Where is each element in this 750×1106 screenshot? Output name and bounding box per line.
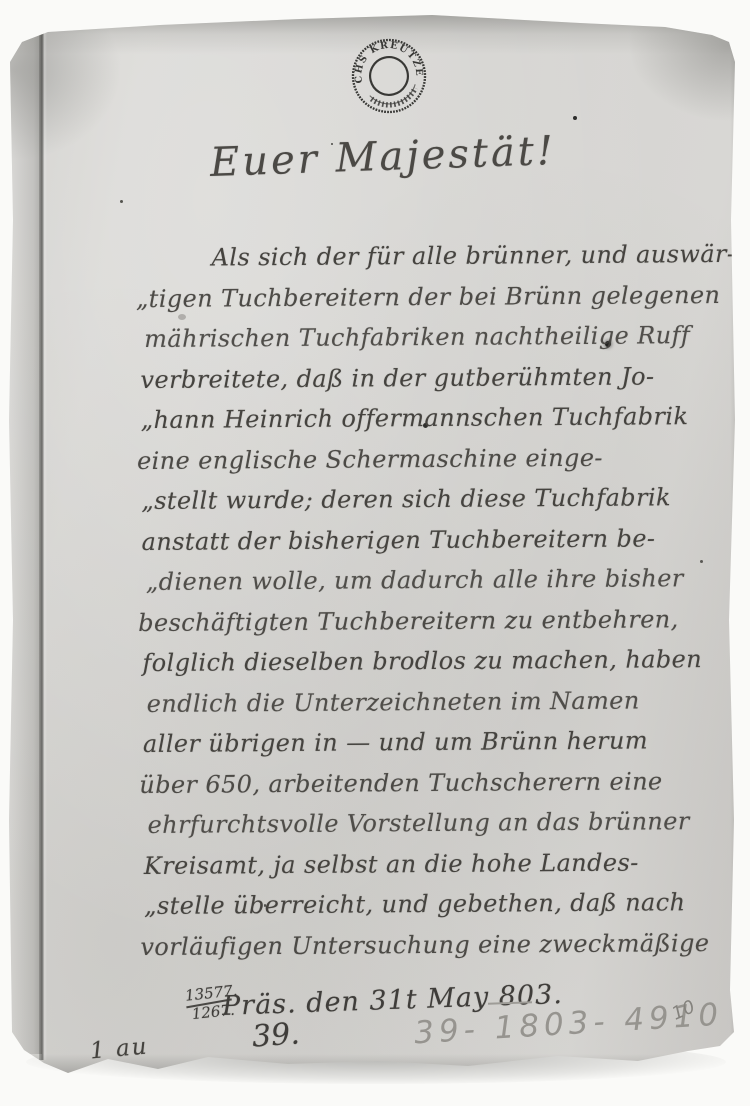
handwritten-line: „stelle überreicht, und gebethen, daß na… [144, 882, 724, 927]
handwritten-line: ehrfurchtsvolle Vorstellung an das brünn… [147, 801, 723, 846]
handwritten-line: „tigen Tuchbereitern der bei Brünn geleg… [136, 274, 720, 319]
handwritten-line: folglich dieselben brodlos zu machen, ha… [142, 639, 722, 684]
handwritten-line: verbreitete, daß in der gutberühmten Jo- [140, 355, 720, 400]
corner-note: 1 au [89, 1034, 150, 1065]
paper-sheet: SECHS KREUTZER Euer Majestät! Als sich d… [0, 0, 750, 1106]
handwritten-line: „hann Heinrich offermannschen Tuchfabrik [141, 396, 721, 441]
scanned-manuscript-page: SECHS KREUTZER Euer Majestät! Als sich d… [0, 0, 750, 1106]
handwritten-line: Als sich der für alle brünner, und auswä… [139, 234, 719, 279]
binding-crease-line [39, 28, 47, 1060]
ink-speck [573, 116, 577, 120]
handwritten-line: „stellt wurde; deren sich diese Tuchfabr… [141, 477, 721, 522]
handwritten-line: Kreisamt, ja selbst an die hohe Landes- [144, 841, 724, 886]
handwritten-line: aller übrigen in — und um Brünn herum [143, 720, 723, 765]
right-edge-shading [730, 30, 750, 1040]
stamp-inner-ring [366, 53, 412, 99]
handwritten-line: eine englische Schermaschine einge- [137, 436, 721, 481]
handwritten-line: beschäftigten Tuchbereitern zu entbehren… [138, 598, 722, 643]
handwritten-line: über 650, arbeitenden Tuchscherern eine [139, 760, 723, 805]
file-number: 39. [251, 1016, 301, 1054]
salutation-heading: Euer Majestät! [209, 128, 556, 186]
handwritten-line: mährischen Tuchfabriken nachtheilige Ruf… [144, 315, 720, 360]
handwritten-line: „dienen wolle, um dadurch alle ihre bish… [146, 558, 722, 603]
handwritten-line: anstatt der bisherigen Tuchbereitern be- [141, 517, 721, 562]
manuscript-body: Als sich der für alle brünner, und auswä… [139, 234, 724, 967]
ink-speck [120, 200, 123, 203]
handwritten-line: vorläufigen Untersuchung eine zweckmäßig… [140, 922, 724, 967]
binding-margin [8, 24, 42, 1054]
handwritten-line: endlich die Unterzeichneten im Namen [147, 679, 723, 724]
